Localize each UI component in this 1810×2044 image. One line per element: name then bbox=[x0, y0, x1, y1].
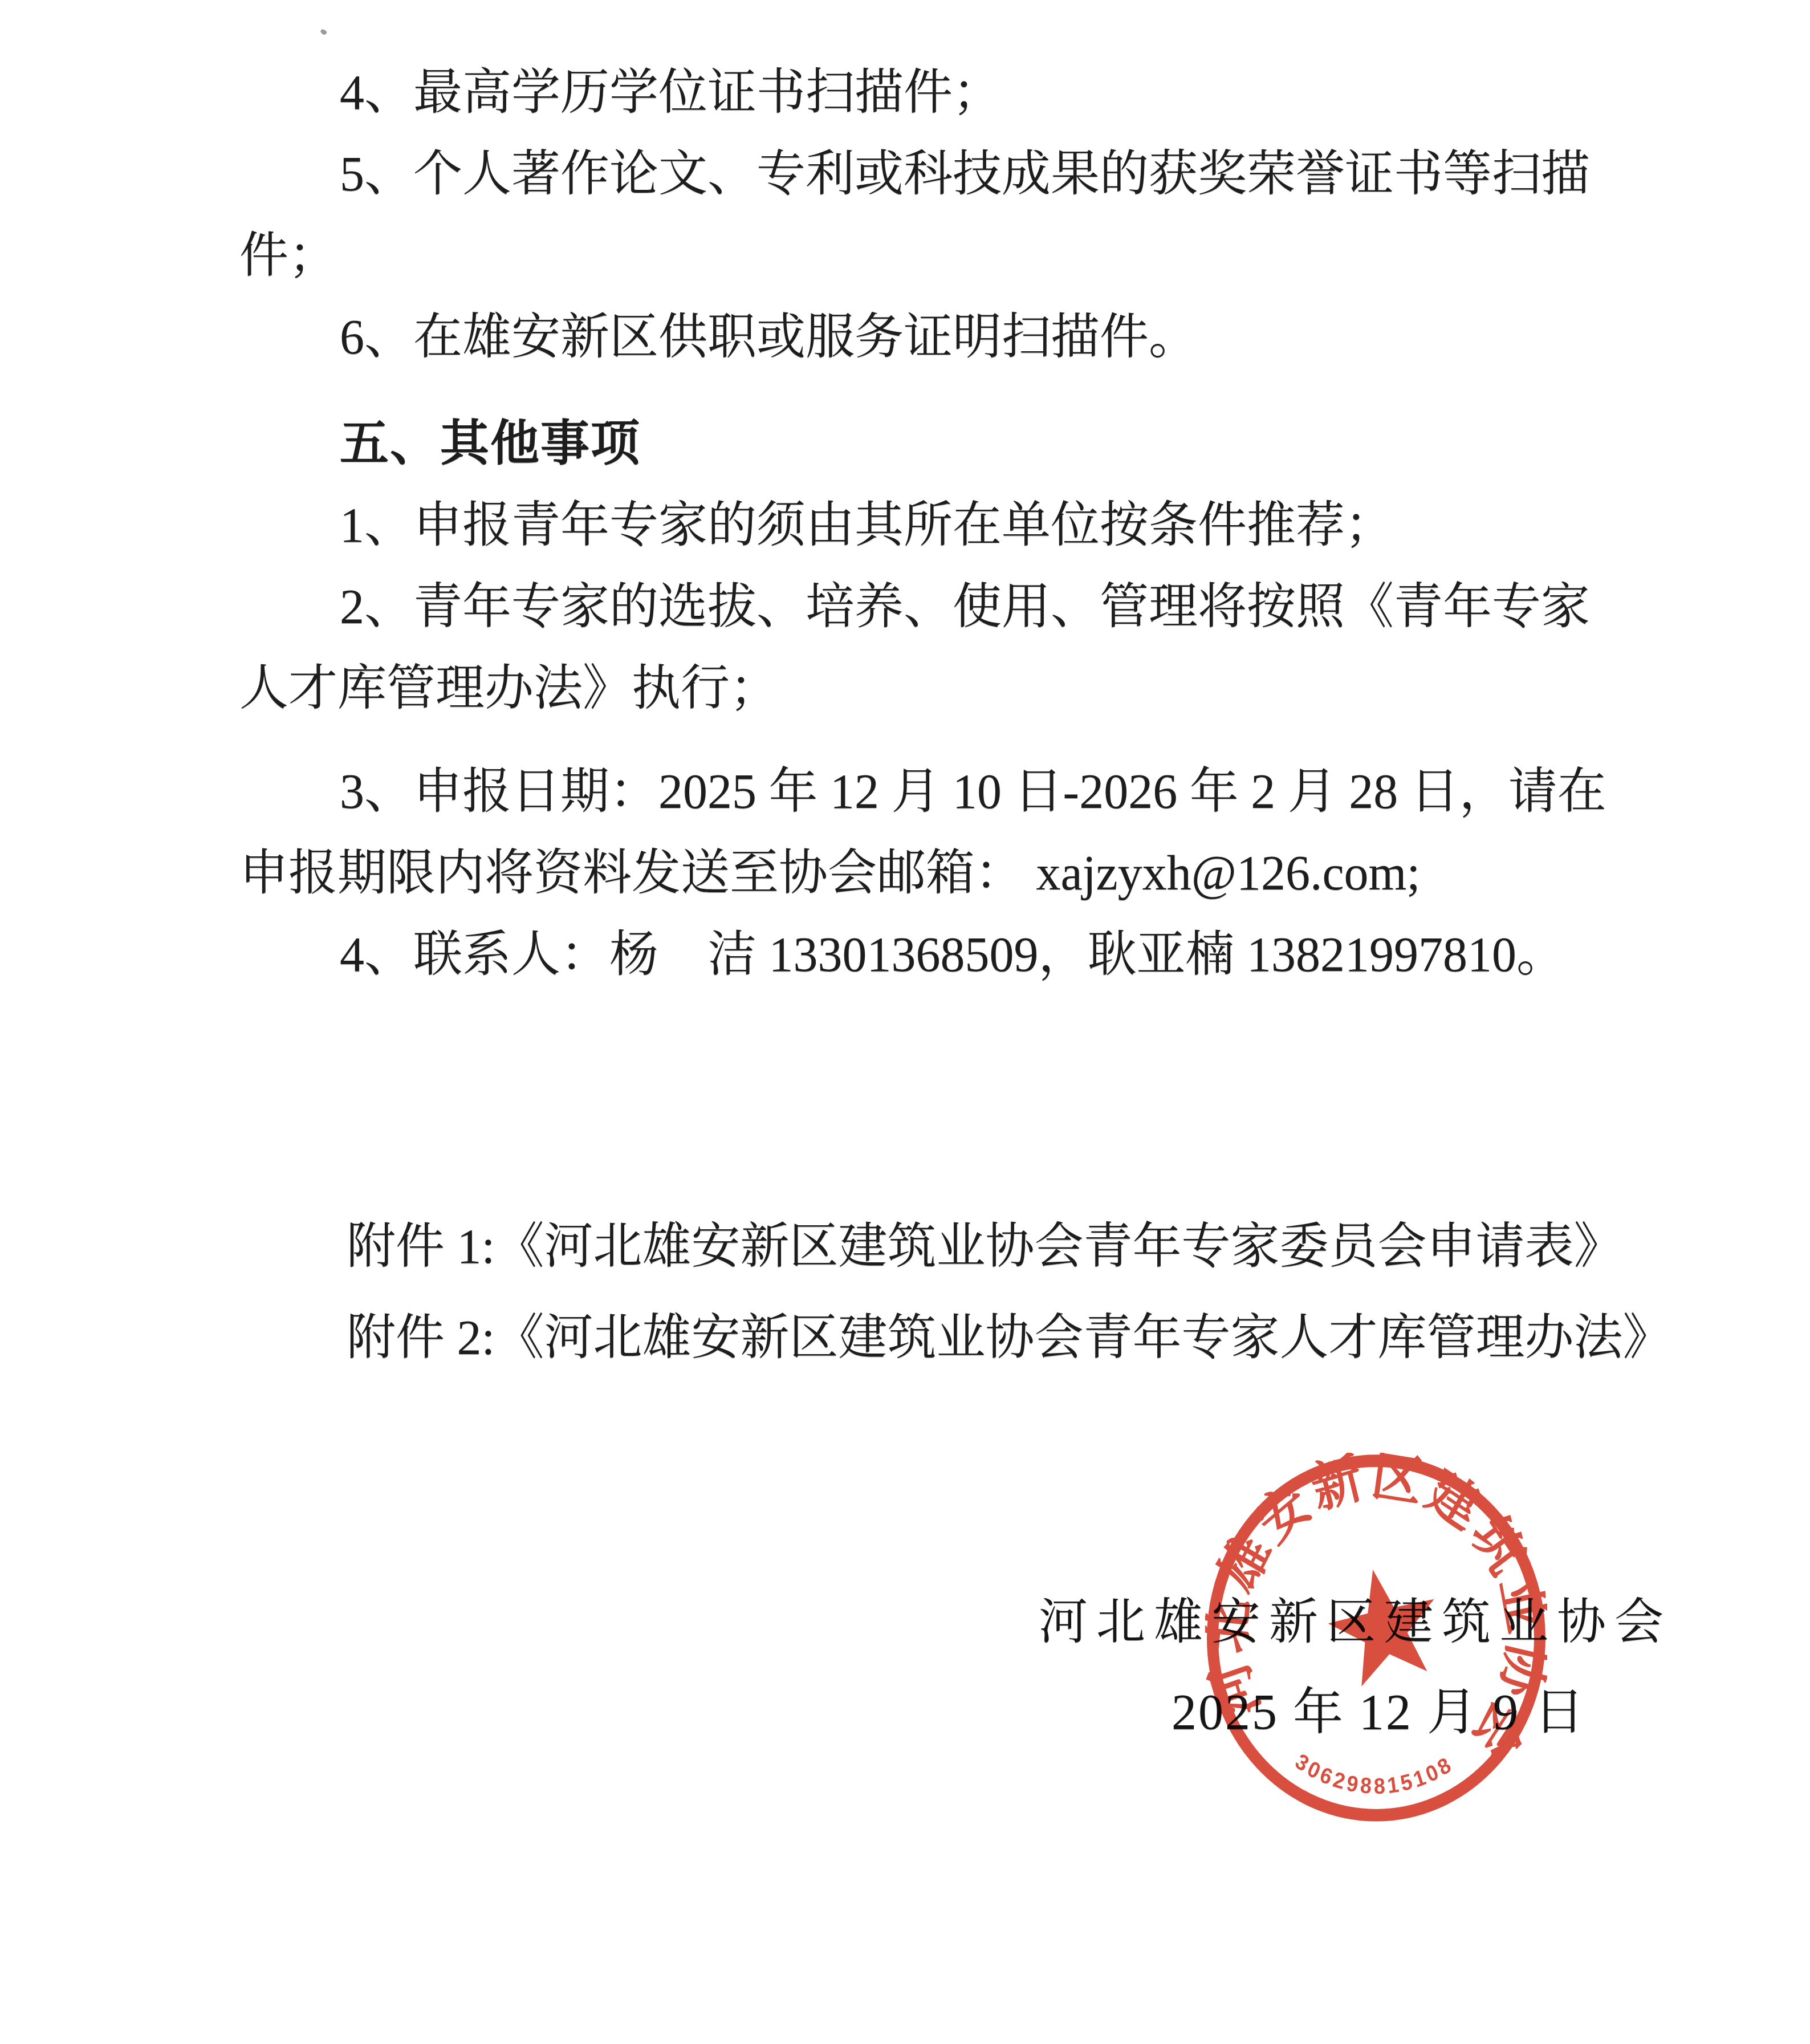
official-seal: 河北雄安新区建筑业协会 306298815108 bbox=[1205, 1453, 1547, 1823]
scan-artifact-speck bbox=[320, 28, 328, 35]
scanned-document-page: 4、最高学历学位证书扫描件； 5、个人著作论文、专利或科技成果的获奖荣誉证书等扫… bbox=[0, 0, 1810, 2044]
body-line-item5-wrap: 件； bbox=[239, 226, 337, 285]
body-line-other4: 4、联系人：杨 洁 13301368509，耿亚楠 13821997810。 bbox=[340, 925, 1565, 984]
body-line-item6: 6、在雄安新区供职或服务证明扫描件。 bbox=[340, 308, 1198, 367]
body-line-item5: 5、个人著作论文、专利或科技成果的获奖荣誉证书等扫描 bbox=[340, 145, 1590, 204]
body-line-item4: 4、最高学历学位证书扫描件； bbox=[340, 63, 1002, 122]
attachment-line-2: 附件 2:《河北雄安新区建筑业协会青年专家人才库管理办法》 bbox=[347, 1309, 1671, 1367]
body-line-other3-wrap: 申报期限内将资料发送至协会邮箱： xajzyxh@126.com; bbox=[239, 844, 1420, 903]
body-line-other1: 1、申报青年专家的须由其所在单位按条件推荐； bbox=[340, 496, 1394, 555]
seal-serial-number: 306298815108 bbox=[1291, 1749, 1457, 1799]
body-line-other3: 3、申报日期：2025 年 12 月 10 日-2026 年 2 月 28 日，… bbox=[340, 762, 1606, 821]
star-icon bbox=[1320, 1557, 1447, 1691]
attachment-line-1: 附件 1:《河北雄安新区建筑业协会青年专家委员会申请表》 bbox=[347, 1217, 1622, 1276]
body-line-other2-wrap: 人才库管理办法》执行； bbox=[239, 659, 779, 718]
body-line-other2: 2、青年专家的选拔、培养、使用、管理将按照《青年专家 bbox=[340, 578, 1590, 636]
section-heading-5: 五、其他事项 bbox=[340, 415, 641, 473]
